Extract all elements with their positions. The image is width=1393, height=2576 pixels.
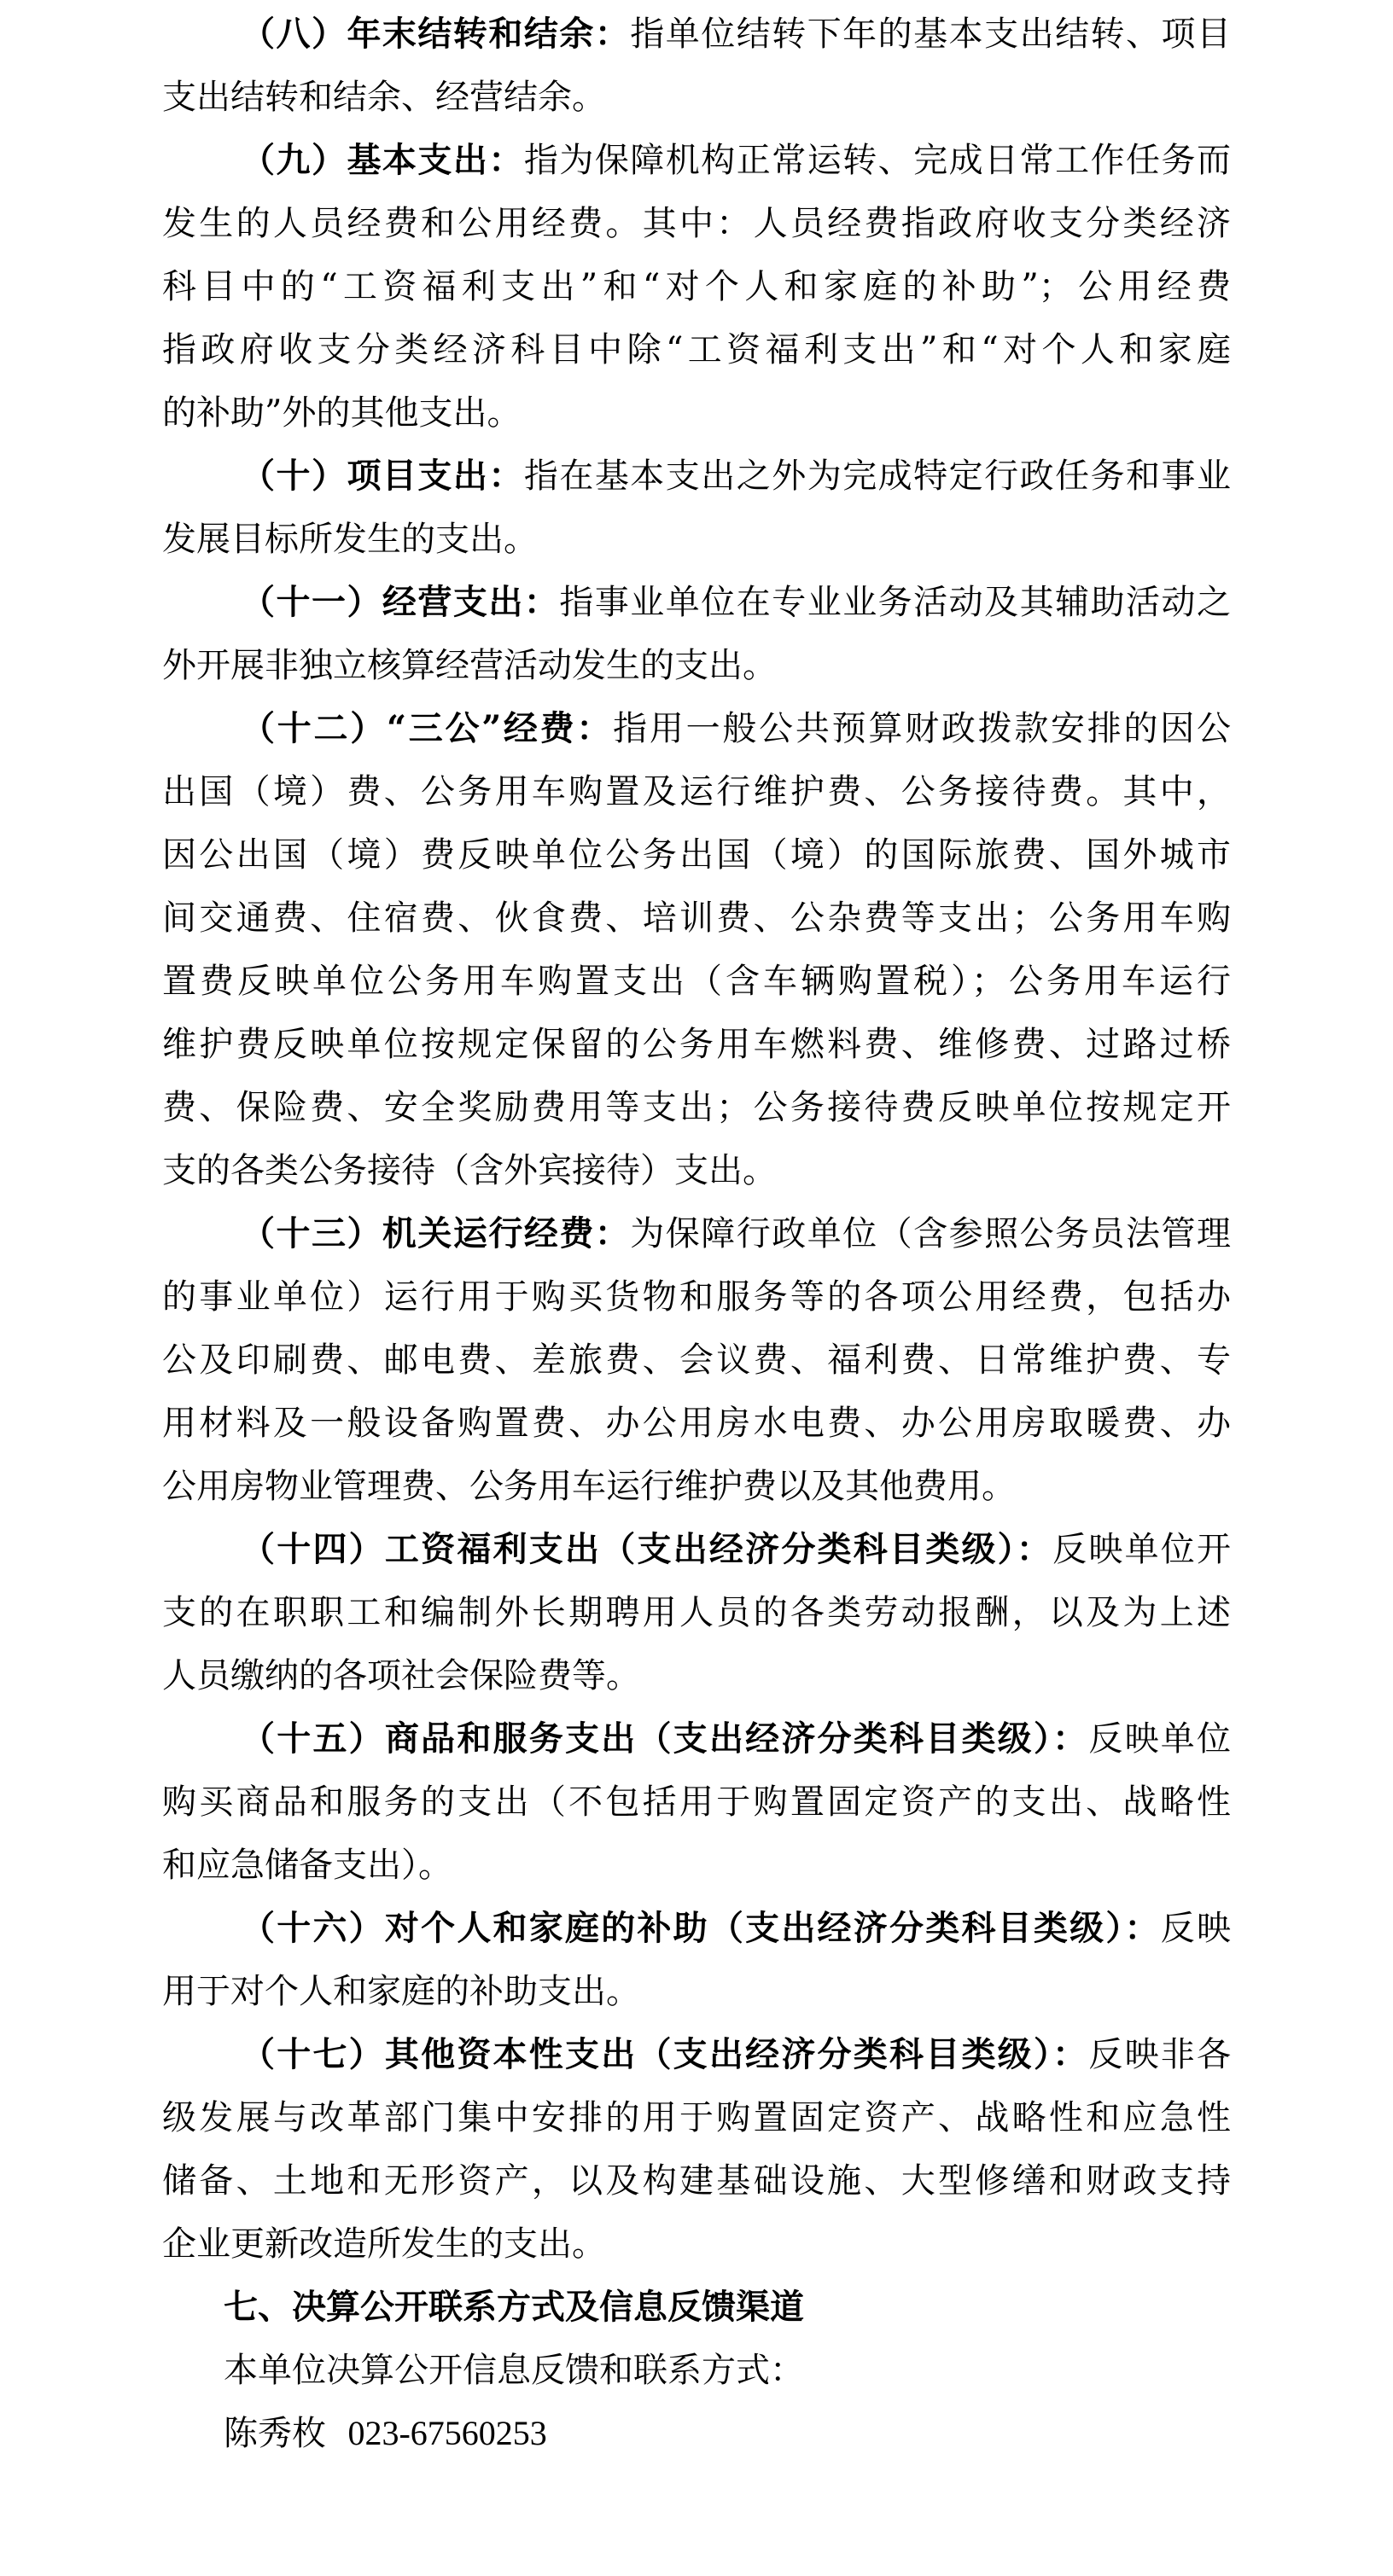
paragraph-line: 支出结转和结余、经营结余。 — [162, 75, 1231, 119]
paragraph-line: 发展目标所发生的支出。 — [162, 517, 1231, 561]
definition-text: 指单位结转下年的基本支出结转、项目 — [630, 15, 1231, 54]
paragraph-line: 指政府收支分类经济科目中除“工资福利支出”和“对个人和家庭 — [162, 328, 1231, 372]
definition-text: 指用一般公共预算财政拨款安排的因公 — [613, 709, 1231, 748]
paragraph-line: （十）项目支出：指在基本支出之外为完成特定行政任务和事业 — [241, 454, 1231, 498]
paragraph-line: 支的各类公务接待（含外宾接待）支出。 — [162, 1148, 1231, 1193]
paragraph-line: 级发展与改革部门集中安排的用于购置固定资产、战略性和应急性 — [162, 2096, 1231, 2140]
term-label: （十七）其他资本性支出（支出经济分类科目类级）： — [241, 2034, 1088, 2074]
term-label: （十五）商品和服务支出（支出经济分类科目类级）： — [241, 1718, 1088, 1759]
document-page: （八）年末结转和结余：指单位结转下年的基本支出结转、项目 支出结转和结余、经营结… — [0, 0, 1393, 2576]
paragraph-line: （十七）其他资本性支出（支出经济分类科目类级）：反映非各 — [241, 2032, 1231, 2077]
paragraph-line: 外开展非独立核算经营活动发生的支出。 — [162, 643, 1231, 688]
definition-text: 指事业单位在专业业务活动及其辅助活动之 — [559, 583, 1231, 622]
paragraph-line: （十一）经营支出：指事业单位在专业业务活动及其辅助活动之 — [241, 580, 1231, 625]
definition-text: 为保障行政单位（含参照公务员法管理 — [630, 1214, 1231, 1253]
term-label: （十六）对个人和家庭的补助（支出经济分类科目类级）： — [241, 1908, 1161, 1948]
paragraph-line: （十五）商品和服务支出（支出经济分类科目类级）：反映单位 — [241, 1717, 1231, 1761]
definition-text: 反映单位 — [1088, 1719, 1231, 1759]
term-label: （八）年末结转和结余： — [241, 14, 630, 54]
paragraph-line: 发生的人员经费和公用经费。其中：人员经费指政府收支分类经济 — [162, 201, 1231, 246]
paragraph-line: 的补助”外的其他支出。 — [162, 391, 1231, 435]
definition-text: 反映单位开 — [1052, 1530, 1231, 1569]
definition-text: 反映 — [1161, 1909, 1231, 1948]
paragraph-line: （十四）工资福利支出（支出经济分类科目类级）：反映单位开 — [241, 1527, 1231, 1572]
paragraph-line: 公及印刷费、邮电费、差旅费、会议费、福利费、日常维护费、专 — [162, 1338, 1231, 1382]
paragraph-line: 因公出国（境）费反映单位公务出国（境）的国际旅费、国外城市 — [162, 833, 1231, 877]
paragraph-line: 储备、土地和无形资产，以及构建基础设施、大型修缮和财政支持 — [162, 2159, 1231, 2203]
paragraph-line: （九）基本支出：指为保障机构正常运转、完成日常工作任务而 — [241, 138, 1231, 183]
term-label: （十二）“三公”经费： — [241, 708, 613, 748]
paragraph-line: 购买商品和服务的支出（不包括用于购置固定资产的支出、战略性 — [162, 1780, 1231, 1824]
contact-phone: 023-67560253 — [347, 2414, 546, 2452]
paragraph-line: （八）年末结转和结余：指单位结转下年的基本支出结转、项目 — [241, 12, 1231, 56]
paragraph-line: （十二）“三公”经费：指用一般公共预算财政拨款安排的因公 — [241, 707, 1231, 751]
paragraph-line: 支的在职职工和编制外长期聘用人员的各类劳动报酬，以及为上述 — [162, 1590, 1231, 1635]
paragraph-line: 和应急储备支出）。 — [162, 1843, 1231, 1887]
definition-text: 指在基本支出之外为完成特定行政任务和事业 — [524, 456, 1231, 496]
paragraph-line: 出国（境）费、公务用车购置及运行维护费、公务接待费。其中， — [162, 770, 1231, 814]
contact-name: 陈秀枚 — [224, 2414, 326, 2453]
term-label: （九）基本支出： — [241, 140, 524, 180]
paragraph-line: 置费反映单位公务用车购置支出（含车辆购置税）；公务用车运行 — [162, 959, 1231, 1003]
paragraph-line: 费、保险费、安全奖励费用等支出；公务接待费反映单位按规定开 — [162, 1085, 1231, 1130]
paragraph-line: 用于对个人和家庭的补助支出。 — [162, 1969, 1231, 2014]
term-label: （十一）经营支出： — [241, 582, 559, 622]
contact-line: 陈秀枚 023-67560253 — [224, 2411, 547, 2456]
paragraph-line: 人员缴纳的各项社会保险费等。 — [162, 1654, 1231, 1698]
paragraph-line: （十三）机关运行经费：为保障行政单位（含参照公务员法管理 — [241, 1212, 1231, 1256]
section-heading: 七、决算公开联系方式及信息反馈渠道 — [224, 2285, 804, 2329]
paragraph-line: 科目中的“工资福利支出”和“对个人和家庭的补助”；公用经费 — [162, 265, 1231, 309]
contact-intro: 本单位决算公开信息反馈和联系方式： — [224, 2348, 804, 2393]
paragraph-line: 间交通费、住宿费、伙食费、培训费、公杂费等支出；公务用车购 — [162, 896, 1231, 940]
definition-text: 反映非各 — [1088, 2035, 1231, 2074]
term-label: （十四）工资福利支出（支出经济分类科目类级）： — [241, 1529, 1052, 1569]
term-label: （十）项目支出： — [241, 456, 524, 496]
paragraph-line: 的事业单位）运行用于购买货物和服务等的各项公用经费，包括办 — [162, 1275, 1231, 1319]
paragraph-line: 用材料及一般设备购置费、办公用房水电费、办公用房取暖费、办 — [162, 1401, 1231, 1445]
definition-text: 指为保障机构正常运转、完成日常工作任务而 — [524, 141, 1231, 180]
paragraph-line: 维护费反映单位按规定保留的公务用车燃料费、维修费、过路过桥 — [162, 1022, 1231, 1067]
paragraph-line: 公用房物业管理费、公务用车运行维护费以及其他费用。 — [162, 1464, 1231, 1509]
paragraph-line: 企业更新改造所发生的支出。 — [162, 2222, 1231, 2266]
paragraph-line: （十六）对个人和家庭的补助（支出经济分类科目类级）：反映 — [241, 1906, 1231, 1951]
term-label: （十三）机关运行经费： — [241, 1213, 630, 1253]
